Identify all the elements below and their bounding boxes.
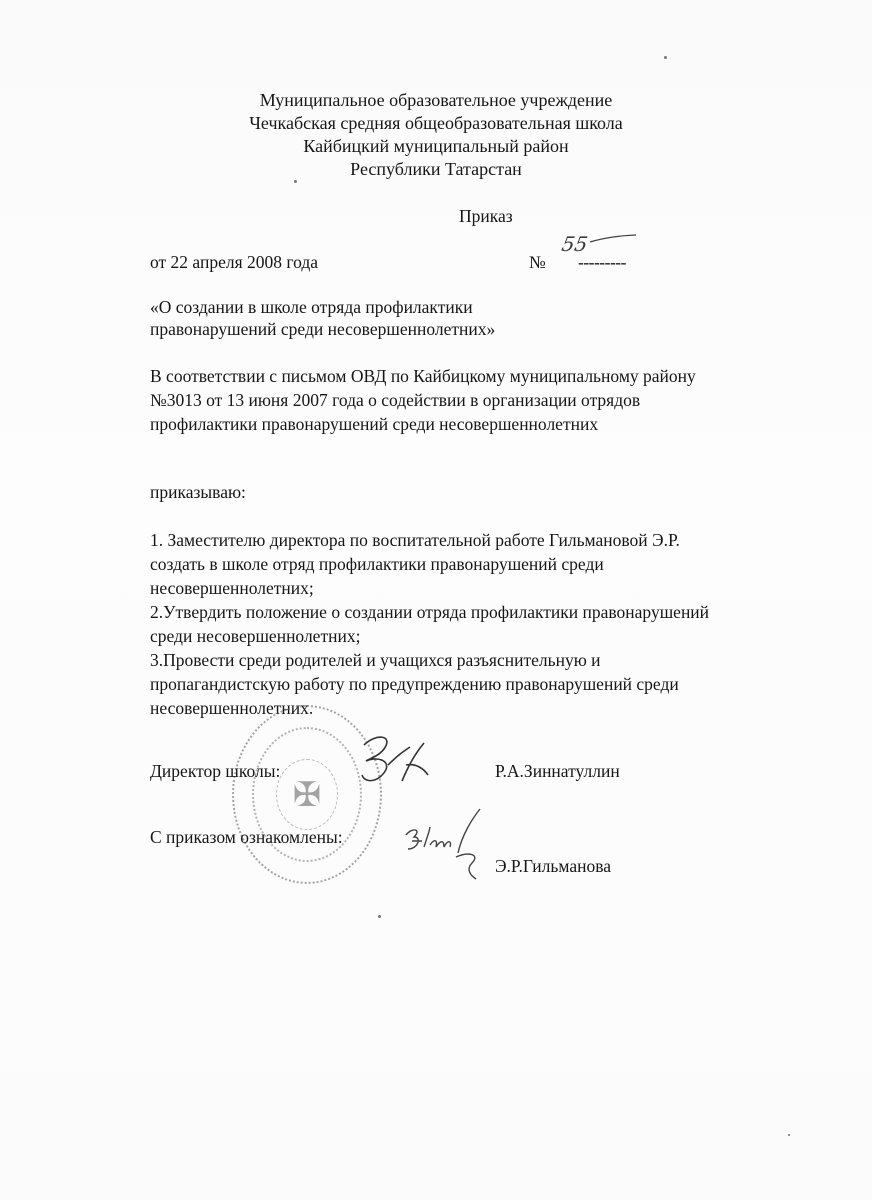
item-2-line2: среди несовершеннолетних; [150, 625, 360, 647]
preamble-line3: профилактики правонарушений среди несове… [150, 413, 598, 435]
acquainted-signature [400, 805, 490, 885]
number-underline-stroke [570, 234, 640, 246]
scanned-document-page: Муниципальное образовательное учреждение… [0, 0, 872, 1200]
director-label: Директор школы: [150, 760, 280, 782]
scan-speck [294, 180, 297, 183]
republic-name: Республики Татарстан [0, 158, 872, 180]
order-subject-line2: правонарушений среди несовершеннолетних» [150, 318, 495, 340]
scan-speck [664, 56, 667, 59]
institution-name: Муниципальное образовательное учреждение [0, 89, 872, 111]
order-number-label: № [529, 251, 546, 273]
item-2-line1: 2.Утвердить положение о создании отряда … [150, 601, 709, 623]
item-1-line2: создать в школе отряд профилактики право… [150, 553, 604, 575]
directive-word: приказываю: [150, 481, 246, 503]
director-name: Р.А.Зиннатуллин [495, 760, 620, 782]
scan-speck [788, 1134, 790, 1136]
order-title: Приказ [459, 205, 513, 227]
item-1-line1: 1. Заместителю директора по воспитательн… [150, 529, 680, 551]
acquainted-label: С приказом ознакомлены: [150, 826, 343, 848]
district-name: Кайбицкий муниципальный район [0, 135, 872, 157]
order-date: от 22 апреля 2008 года [150, 251, 318, 273]
acquainted-name: Э.Р.Гильманова [495, 855, 611, 877]
school-name: Чечкабская средняя общеобразовательная ш… [0, 112, 872, 134]
preamble-line2: №3013 от 13 июня 2007 года о содействии … [150, 389, 640, 411]
item-3-line1: 3.Провести среди родителей и учащихся ра… [150, 649, 601, 671]
director-signature [358, 725, 438, 795]
order-subject-line1: «О создании в школе отряда профилактики [150, 296, 473, 318]
scan-speck [378, 915, 381, 918]
eagle-emblem-icon: ✠ [293, 775, 322, 815]
preamble-line1: В соответствии с письмом ОВД по Кайбицко… [150, 365, 696, 387]
item-3-line2: пропагандистскую работу по предупреждени… [150, 673, 679, 695]
item-1-line3: несовершеннолетних; [150, 577, 314, 599]
